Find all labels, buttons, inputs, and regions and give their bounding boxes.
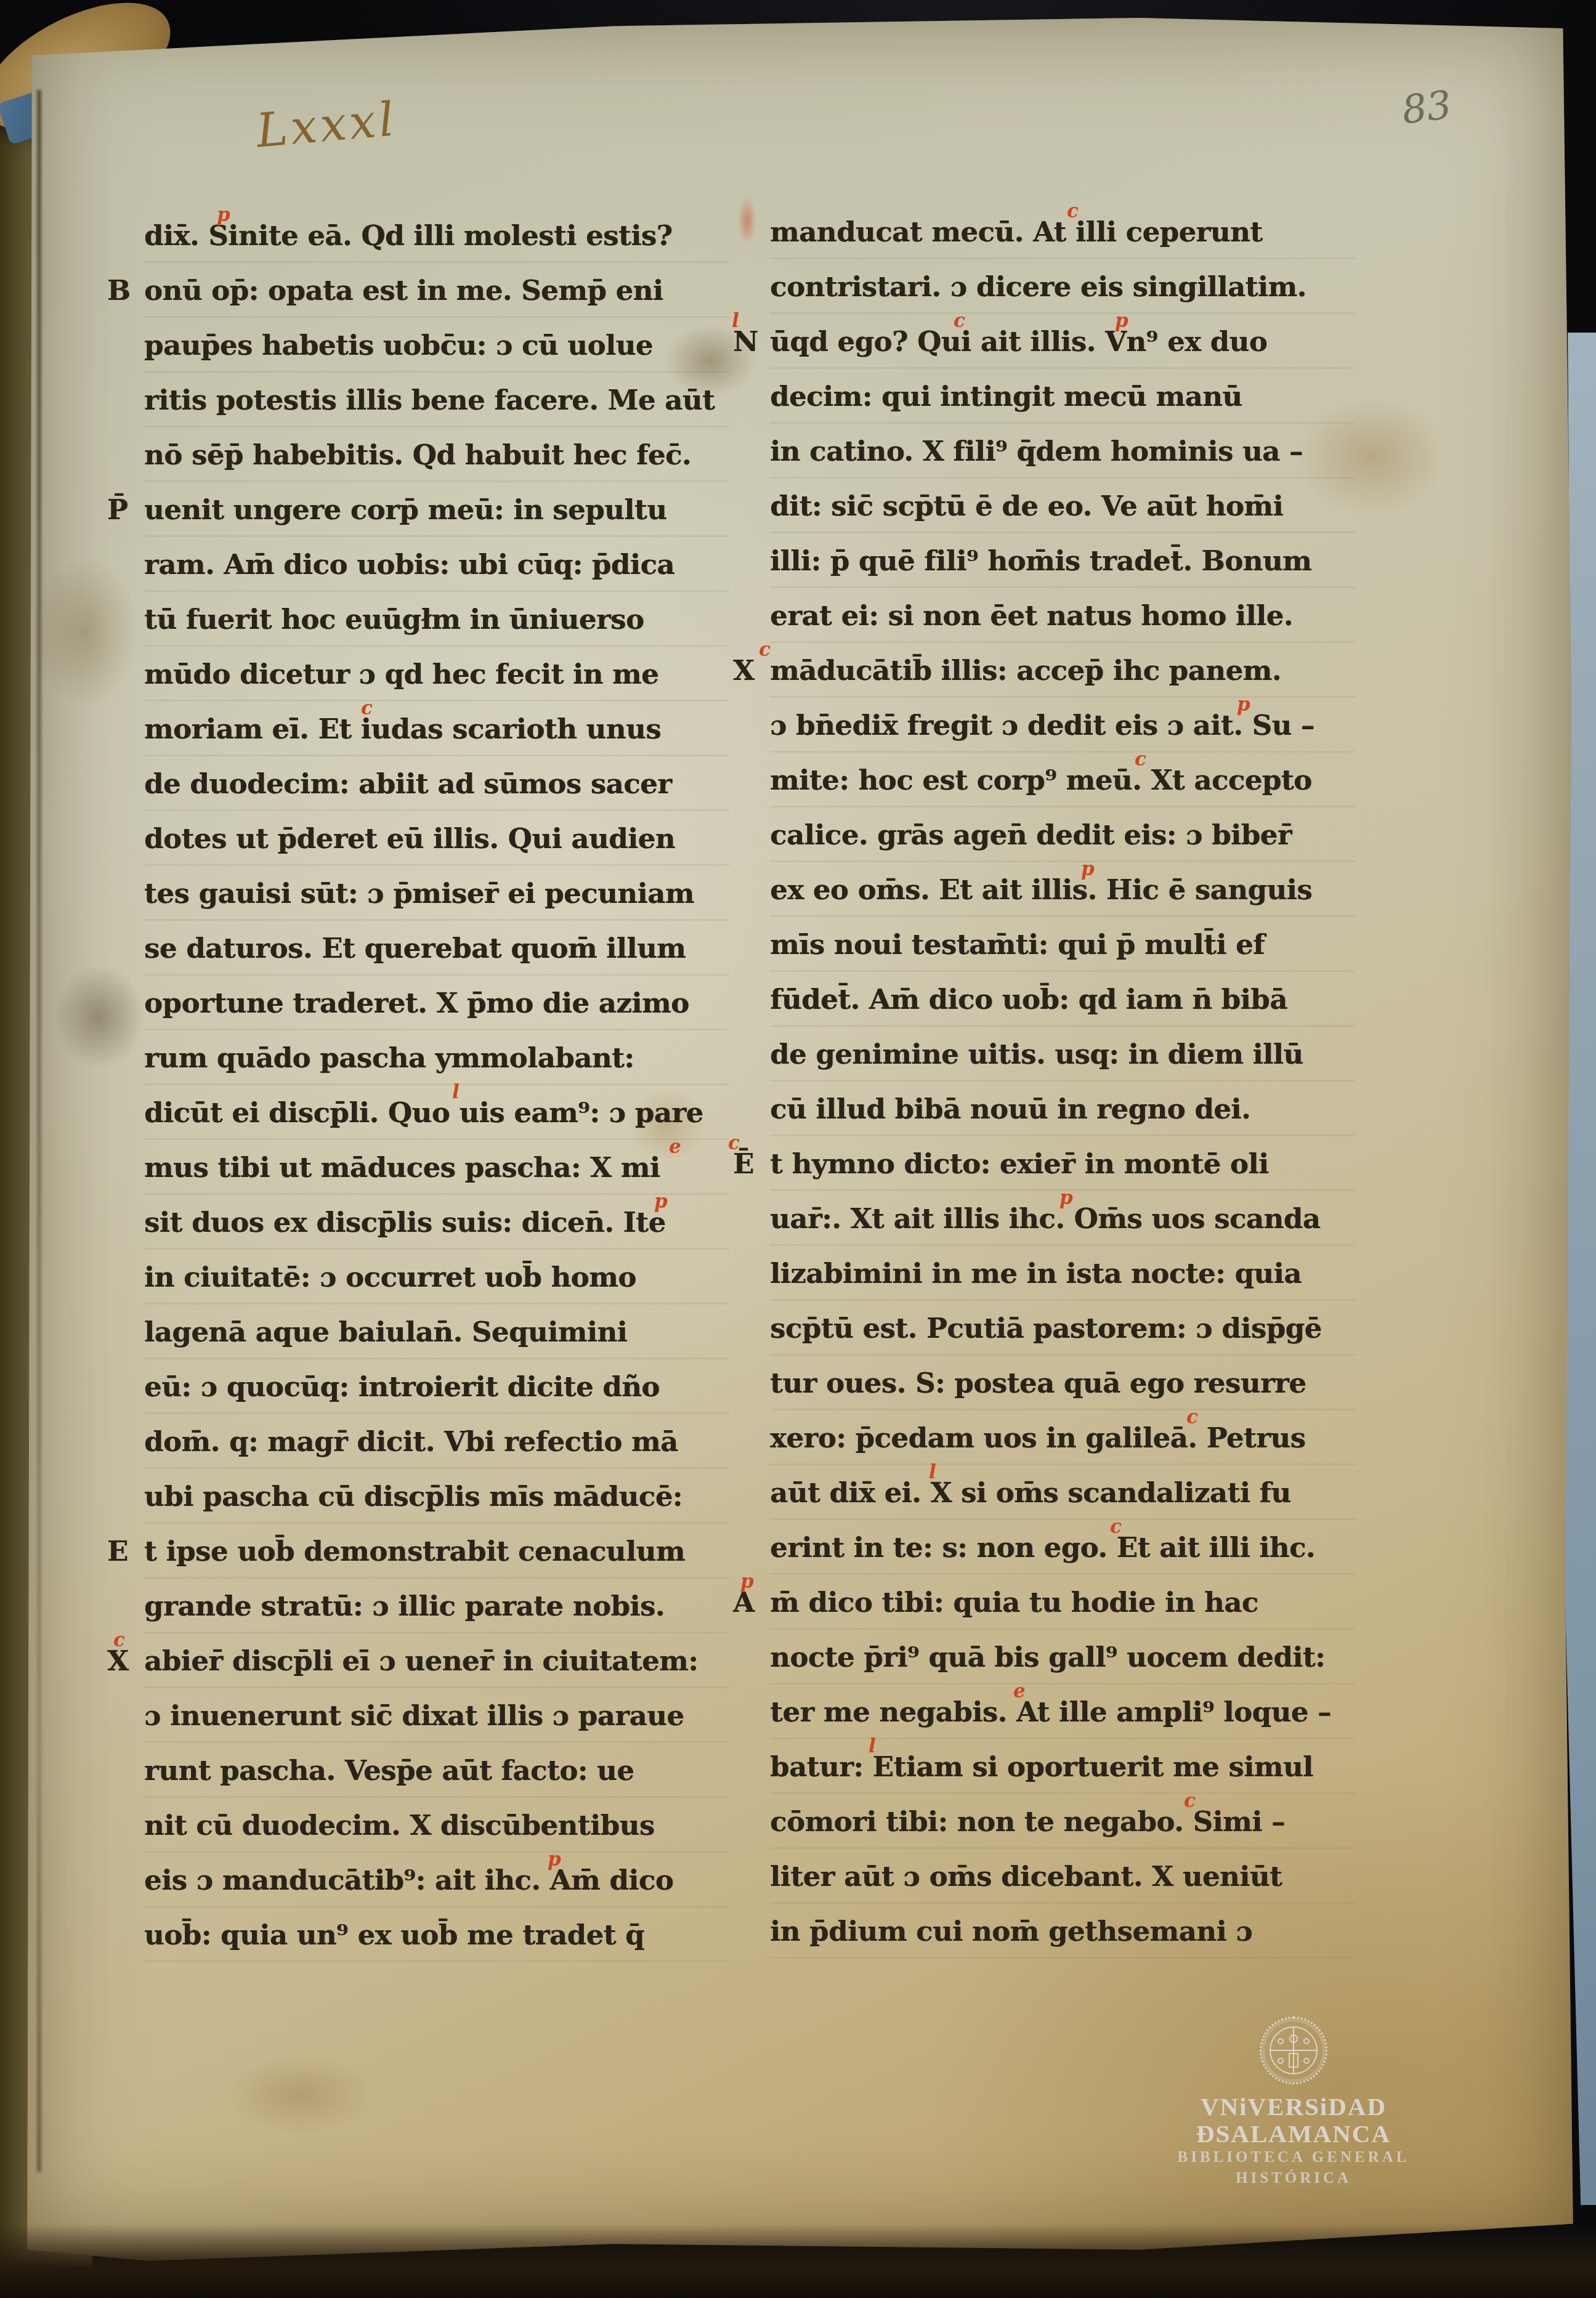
rubric-mark: c [1135,750,1146,769]
line-text: ritis potestis illis bene facere. Me aūt [144,384,715,416]
text-line: in catino. X fili⁹ q̄dem hominis ua – [770,424,1355,479]
line-text: decim: qui intingit mecū manū [770,380,1242,413]
line-text: scp̄tū est. Pcutiā pastorem: ɔ disp̄gē [770,1312,1322,1345]
text-line: moriam eī. Et iudas scarioth unusc [144,702,729,756]
text-line: tes gauisi sūt: ɔ p̄miser̄ ei pecuniam [144,866,729,921]
line-text: calice. grās agen̄ dedit eis: ɔ biber̄ [770,819,1292,851]
line-text: cōmori tibi: non te negabo. Simi – [770,1805,1285,1838]
line-text: uob̄: quia un⁹ ex uob̄ me tradet q̄ [144,1919,644,1951]
rubric-mark: c [1186,1408,1197,1427]
line-text: ex eo om̄s. Et ait illis. Hic ē sanguis [770,873,1312,906]
text-line: lizabimini in me in ista nocte: quia [770,1246,1355,1301]
text-line: cū illud bibā nouū in regno dei. [770,1082,1355,1136]
line-text: cū illud bibā nouū in regno dei. [770,1093,1250,1125]
rubric-mark: c [1184,1792,1195,1811]
text-line: dit: sic̄ scp̄tū ē de eo. Ve aūt hom̄i [770,479,1355,533]
text-line: se daturos. Et querebat quom̄ illum [144,921,729,976]
text-line: mūdo dicetur ɔ qd hec fecit in me [144,647,729,702]
parchment-stain [32,558,137,706]
rubric-mark: e [669,1138,681,1157]
text-line: calice. grās agen̄ dedit eis: ɔ biber̄ [770,807,1355,862]
rubric-mark: c [954,312,965,331]
line-text: se daturos. Et querebat quom̄ illum [144,932,686,965]
line-text: m̄ dico tibi: quia tu hodie in hac [770,1586,1258,1619]
parchment-stain [227,2055,375,2135]
text-line: P̄uenit ungere corp̄ meū: in sepultu [144,482,729,537]
line-text: ubi pascha cū discp̄lis mīs māducē: [144,1480,683,1513]
line-text: paup̄es habetis uobc̄u: ɔ cū uolue [144,329,653,362]
text-line: mīs noui testam̄ti: qui p̄ mult̄i ef [770,917,1355,972]
hanging-initial: P̄ [107,482,128,537]
hanging-initial: E [107,1524,128,1579]
text-line: mus tibi ut māduces pascha: X mie [144,1140,729,1195]
text-line: erint in te: s: non ego. Et ait illi ihc… [770,1520,1355,1575]
text-line: Xmāducātib̄ illis: accep̄ ihc panem.c [770,643,1355,698]
text-line: eis ɔ manducātib⁹: ait ihc. Am̄ dicop [144,1853,729,1908]
text-line: Bonū op̄: opata est in me. Semp̄ eni [144,263,729,318]
line-text: abier̄ discp̄li eī ɔ uener̄ in ciuitatem… [144,1645,698,1677]
line-text: illi: p̄ quē fili⁹ hom̄is tradet̄. Bonum [770,544,1311,577]
parchment-stain [53,965,145,1069]
line-text: in ciuitatē: ɔ occurret uob̄ homo [144,1261,636,1293]
book-board-shadow [0,2224,1596,2298]
text-line: eū: ɔ quocūq: introierit dicite dño [144,1359,729,1414]
column-left: dix̄. Sinite eā. Qd illi molesti estis?p… [144,208,729,1962]
rubric-mark: c [759,641,770,660]
line-text: dotes ut p̄deret eū illis. Qui audien [144,822,675,855]
line-text: dit: sic̄ scp̄tū ē de eo. Ve aūt hom̄i [770,490,1283,522]
text-line: ɔ inuenerunt sic̄ dixat illis ɔ paraue [144,1688,729,1743]
rubric-mark: c [1067,202,1078,221]
line-text: de genimine uitis. usq: in diem illū [770,1038,1303,1070]
text-line: rum quādo pascha ymmolabant: [144,1030,729,1085]
text-line: Am̄ dico tibi: quia tu hodie in hacp [770,1575,1355,1630]
line-text: ram. Am̄ dico uobis: ubi cūq: p̄dica [144,548,674,581]
column-right: manducat mecū. At illi ceperuntccontrist… [770,204,1355,1959]
text-line: uar̄:. Xt ait illis ihc. Om̄s uos scanda… [770,1191,1355,1246]
line-text: mūdo dicetur ɔ qd hec fecit in me [144,658,658,690]
line-text: uar̄:. Xt ait illis ihc. Om̄s uos scanda [770,1202,1320,1235]
text-line: contristari. ɔ dicere eis singillatim. [770,259,1355,314]
binding-seam [37,90,41,2172]
line-text: mīs noui testam̄ti: qui p̄ mult̄i ef [770,928,1265,961]
text-line: dix̄. Sinite eā. Qd illi molesti estis?p [144,208,729,263]
folio-number: 83 [1400,82,1454,132]
line-text: rum quādo pascha ymmolabant: [144,1042,634,1074]
text-line: ɔ bn̄edix̄ fregit ɔ dedit eis ɔ ait. Su … [770,698,1355,753]
text-line: cōmori tibi: non te negabo. Simi –c [770,1794,1355,1849]
rubric-mark: l [452,1083,459,1102]
text-line: nocte p̄ri⁹ quā bis gall⁹ uocem dedit: [770,1630,1355,1685]
parchment-page: Lxxxl 83 dix̄. Sinite eā. Qd illi molest… [23,16,1574,2265]
text-line: liter aūt ɔ om̄s dicebant. X ueniūt [770,1849,1355,1904]
line-text: eū: ɔ quocūq: introierit dicite dño [144,1370,660,1403]
text-line: ter me negabis. At ille ampli⁹ loque –e [770,1685,1355,1739]
line-text: fūdet̄. Am̄ dico uob̄: qd iam n̄ bibā [770,983,1287,1016]
line-text: tur oues. S: postea quā ego resurre [770,1367,1306,1399]
rubric-mark: p [1059,1189,1072,1208]
text-line: Et ipse uob̄ demonstrabit cenaculum [144,1524,729,1579]
line-text: grande stratū: ɔ illic parate nobis. [144,1590,665,1622]
line-text: sit duos ex discp̄lis suis: dicen̄. Ite [144,1206,666,1239]
text-line: scp̄tū est. Pcutiā pastorem: ɔ disp̄gē [770,1301,1355,1356]
line-text: ɔ inuenerunt sic̄ dixat illis ɔ paraue [144,1699,684,1732]
rubric-mark: c [113,1631,124,1650]
line-text: contristari. ɔ dicere eis singillatim. [770,270,1306,303]
text-line: paup̄es habetis uobc̄u: ɔ cū uolue [144,318,729,373]
line-text: erint in te: s: non ego. Et ait illi ihc… [770,1531,1315,1564]
text-line: mite: hoc est corp⁹ meū. Xt acceptoc [770,753,1355,807]
line-text: tes gauisi sūt: ɔ p̄miser̄ ei pecuniam [144,877,694,910]
text-line: Ēt hymno dicto: exier̄ in montē olic [770,1136,1355,1191]
text-line: grande stratū: ɔ illic parate nobis. [144,1579,729,1633]
text-line: oportune traderet. X p̄mo die azimo [144,976,729,1030]
line-text: māducātib̄ illis: accep̄ ihc panem. [770,654,1281,687]
text-line: tū fuerit hoc euūgłm in ūniuerso [144,592,729,647]
text-line: ex eo om̄s. Et ait illis. Hic ē sanguisp [770,862,1355,917]
text-line: in p̄dium cui nom̄ gethsemani ɔ [770,1904,1355,1959]
rubric-mark: p [1237,695,1250,714]
text-line: sit duos ex discp̄lis suis: dicen̄. Itep [144,1195,729,1250]
chapter-number-heading: Lxxxl [254,91,399,158]
rubric-mark: p [1081,860,1094,879]
line-text: xero: p̄cedam uos in galileā. Petrus [770,1422,1305,1454]
text-line: dotes ut p̄deret eū illis. Qui audien [144,811,729,866]
line-text: t ipse uob̄ demonstrabit cenaculum [144,1535,685,1568]
line-text: liter aūt ɔ om̄s dicebant. X ueniūt [770,1860,1282,1893]
rubric-mark: c [1110,1518,1121,1537]
line-text: dom̄. q: magr̄ dicit. Vbi refectio mā [144,1425,678,1458]
text-line: in ciuitatē: ɔ occurret uob̄ homo [144,1250,729,1305]
line-text: eis ɔ manducātib⁹: ait ihc. Am̄ dico [144,1864,673,1896]
line-text: t hymno dicto: exier̄ in montē oli [770,1147,1269,1180]
university-seal-icon [1260,2017,1327,2084]
hanging-initial: X [733,643,754,698]
text-line: runt pascha. Vesp̄e aūt facto: ue [144,1743,729,1798]
line-text: in p̄dium cui nom̄ gethsemani ɔ [770,1915,1252,1948]
rubric-mark: l [929,1463,936,1482]
line-text: tū fuerit hoc euūgłm in ūniuerso [144,603,644,636]
text-line: xero: p̄cedam uos in galileā. Petrusc [770,1410,1355,1465]
text-line: Nūqd ego? Qui ait illis. Vn⁹ ex duolcp [770,314,1355,369]
line-text: manducat mecū. At illi ceperunt [770,216,1263,248]
text-line: aūt dix̄ ei. X si om̄s scandalizati ful [770,1465,1355,1520]
line-text: lagenā aque baiulan̄. Sequimini [144,1316,627,1348]
line-text: batur: Etiam si oportuerit me simul [770,1750,1313,1783]
line-text: uenit ungere corp̄ meū: in sepultu [144,493,666,526]
line-text: nocte p̄ri⁹ quā bis gall⁹ uocem dedit: [770,1641,1325,1673]
line-text: ter me negabis. At ille ampli⁹ loque – [770,1696,1331,1728]
text-line: dicūt ei discp̄li. Quo uis eam⁹: ɔ parel [144,1085,729,1140]
text-line: de duodecim: abiit ad sūmos sacer [144,756,729,811]
line-text: lizabimini in me in ista nocte: quia [770,1257,1302,1290]
text-line: ubi pascha cū discp̄lis mīs māducē: [144,1469,729,1524]
text-line: decim: qui intingit mecū manū [770,369,1355,424]
line-text: ūqd ego? Qui ait illis. Vn⁹ ex duo [770,325,1267,358]
text-line: ram. Am̄ dico uobis: ubi cūq: p̄dica [144,537,729,592]
rubric-mark: p [548,1850,561,1869]
text-line: nit cū duodecim. X discūbentibus [144,1798,729,1853]
text-line: illi: p̄ quē fili⁹ hom̄is tradet̄. Bonum [770,533,1355,588]
line-text: in catino. X fili⁹ q̄dem hominis ua – [770,435,1303,467]
rubric-mark: p [740,1572,753,1592]
text-line: uob̄: quia un⁹ ex uob̄ me tradet q̄ [144,1908,729,1962]
text-line: tur oues. S: postea quā ego resurre [770,1356,1355,1410]
line-text: onū op̄: opata est in me. Semp̄ eni [144,274,663,307]
hanging-initial: B [107,263,131,318]
watermark-city-name: ĐSALAMANCA [1170,2120,1417,2147]
line-text: oportune traderet. X p̄mo die azimo [144,987,689,1019]
rubric-mark: c [728,1134,739,1153]
rubric-mark: p [1115,312,1128,331]
line-text: mus tibi ut māduces pascha: X mi [144,1151,660,1184]
line-text: runt pascha. Vesp̄e aūt facto: ue [144,1754,634,1787]
line-text: ɔ bn̄edix̄ fregit ɔ dedit eis ɔ ait. Su … [770,709,1314,742]
text-line: batur: Etiam si oportuerit me simull [770,1739,1355,1794]
text-line: nō sēp̄ habebitis. Qd habuit hec fec̄. [144,427,729,482]
watermark-library-name: BIBLIOTECA GENERAL HISTÓRICA [1170,2147,1417,2189]
text-line: fūdet̄. Am̄ dico uob̄: qd iam n̄ bibā [770,972,1355,1027]
line-text: mite: hoc est corp⁹ meū. Xt accepto [770,764,1312,796]
text-line: lagenā aque baiulan̄. Sequimini [144,1305,729,1359]
ink-smudge [738,196,756,245]
text-line: Xabier̄ discp̄li eī ɔ uener̄ in ciuitate… [144,1633,729,1688]
line-text: dicūt ei discp̄li. Quo uis eam⁹: ɔ pare [144,1096,703,1129]
line-text: nit cū duodecim. X discūbentibus [144,1809,655,1842]
text-line: manducat mecū. At illi ceperuntc [770,204,1355,259]
line-text: de duodecim: abiit ad sūmos sacer [144,767,671,800]
watermark-university-name: VNiVERSiDAD [1170,2093,1417,2120]
line-text: moriam eī. Et iudas scarioth unus [144,713,661,745]
rubric-mark: e [1013,1682,1025,1701]
text-line: de genimine uitis. usq: in diem illū [770,1027,1355,1082]
manuscript-photo: Lxxxl 83 dix̄. Sinite eā. Qd illi molest… [0,0,1596,2298]
text-line: ritis potestis illis bene facere. Me aūt [144,373,729,427]
library-watermark: VNiVERSiDAD ĐSALAMANCA BIBLIOTECA GENERA… [1170,2017,1417,2189]
line-text: erat ei: si non ēet natus homo ille. [770,599,1293,632]
rubric-mark: l [869,1737,875,1756]
rubric-mark: p [217,206,230,225]
text-line: erat ei: si non ēet natus homo ille. [770,588,1355,643]
text-line: dom̄. q: magr̄ dicit. Vbi refectio mā [144,1414,729,1469]
line-text: aūt dix̄ ei. X si om̄s scandalizati fu [770,1476,1291,1509]
line-text: nō sēp̄ habebitis. Qd habuit hec fec̄. [144,439,691,471]
rubric-mark: p [654,1192,667,1212]
rubric-mark: l [732,312,739,331]
rubric-mark: c [361,699,372,718]
